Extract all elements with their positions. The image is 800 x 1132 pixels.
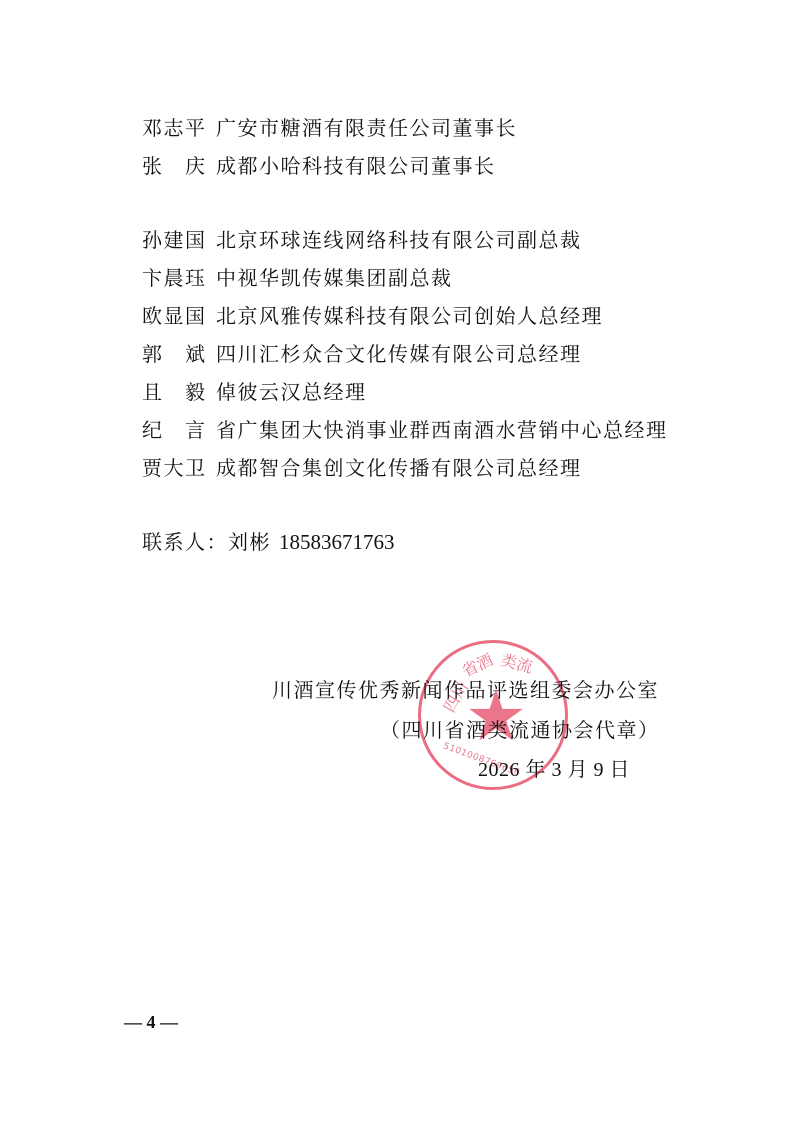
member-row: 欧显国北京风雅传媒科技有限公司创始人总经理 (142, 304, 603, 328)
member-row: 邓志平广安市糖酒有限责任公司董事长 (142, 116, 517, 140)
member-row: 张 庆成都小哈科技有限公司董事长 (142, 154, 496, 178)
member-row: 孙建国北京环球连线网络科技有限公司副总裁 (142, 228, 582, 252)
seal-text: 类流 (499, 647, 536, 678)
signature-date: 2026 年 3 月 9 日 (478, 758, 630, 782)
signature-proxy: （四川省酒类流通协会代章） (380, 718, 660, 742)
member-row: 卞晨珏中视华凯传媒集团副总裁 (142, 266, 453, 290)
contact-label: 联系人： (142, 530, 228, 554)
member-title: 广安市糖酒有限责任公司董事长 (216, 116, 517, 140)
signature-org: 川酒宣传优秀新闻作品评选组委会办公室 (272, 678, 659, 702)
member-row: 纪 言省广集团大快消事业群西南酒水营销中心总经理 (142, 418, 668, 442)
member-row: 且 毅倬彼云汉总经理 (142, 380, 367, 404)
member-name: 欧显国 (142, 304, 208, 328)
member-name: 邓志平 (142, 116, 208, 140)
member-row: 贾大卫成都智合集创文化传播有限公司总经理 (142, 456, 582, 480)
contact-line: 联系人：刘彬18583671763 (142, 530, 395, 554)
member-title: 四川汇杉众合文化传媒有限公司总经理 (216, 342, 582, 366)
member-title: 中视华凯传媒集团副总裁 (216, 266, 453, 290)
member-name: 纪 言 (142, 418, 208, 442)
member-title: 成都小哈科技有限公司董事长 (216, 154, 496, 178)
member-title: 北京环球连线网络科技有限公司副总裁 (216, 228, 582, 252)
member-row: 郭 斌四川汇杉众合文化传媒有限公司总经理 (142, 342, 582, 366)
contact-phone: 18583671763 (279, 530, 395, 554)
member-title: 北京风雅传媒科技有限公司创始人总经理 (216, 304, 603, 328)
page-number: — 4 — (124, 1012, 178, 1033)
contact-name: 刘彬 (228, 530, 271, 554)
member-name: 贾大卫 (142, 456, 208, 480)
member-name: 孙建国 (142, 228, 208, 252)
member-name: 且 毅 (142, 380, 208, 404)
member-name: 卞晨珏 (142, 266, 208, 290)
member-name: 张 庆 (142, 154, 208, 178)
member-title: 成都智合集创文化传播有限公司总经理 (216, 456, 582, 480)
member-title: 省广集团大快消事业群西南酒水营销中心总经理 (216, 418, 668, 442)
member-name: 郭 斌 (142, 342, 208, 366)
member-title: 倬彼云汉总经理 (216, 380, 367, 404)
